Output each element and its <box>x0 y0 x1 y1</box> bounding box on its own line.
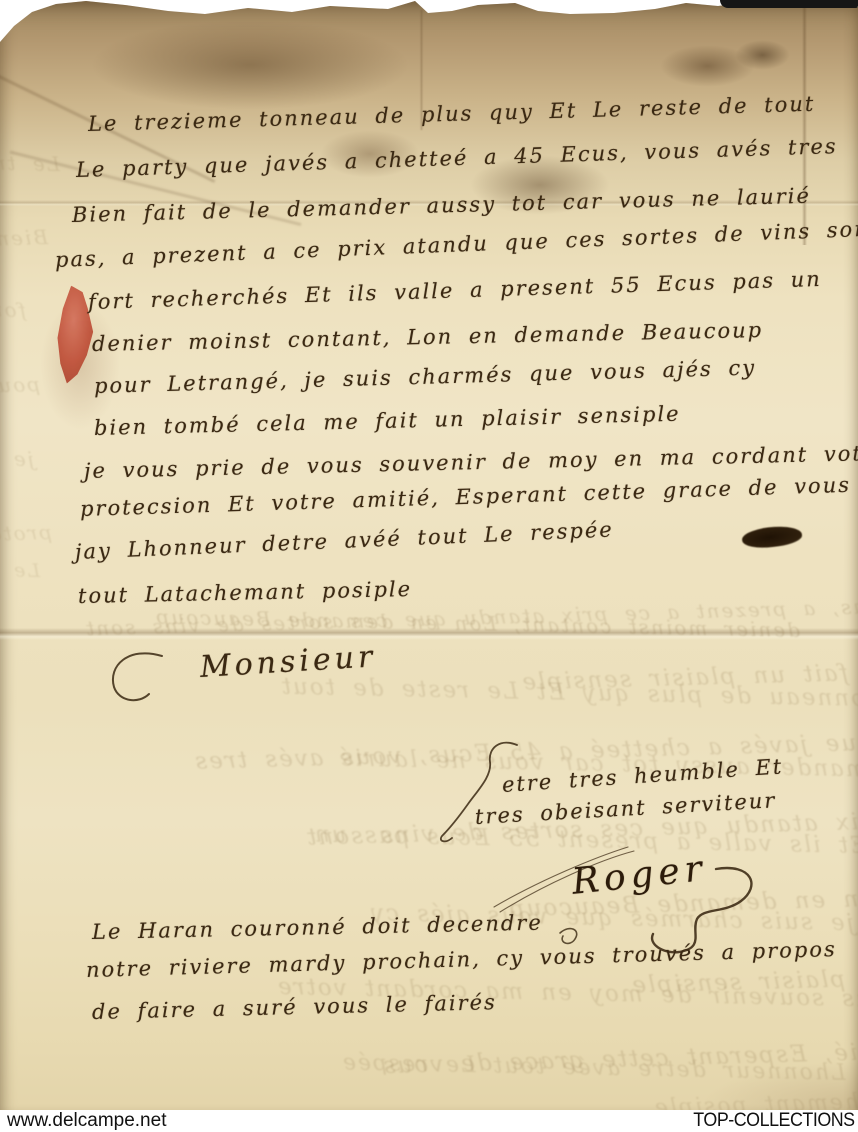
letter-line: tout Latachemant posiple <box>78 577 413 608</box>
letter-line: pour Letrangé, je suis charmés que vous … <box>94 356 757 398</box>
bleed-through-text: Le trezieme tonneau de plus quy Et Le re… <box>0 137 60 176</box>
bleed-through-text: Bien fait de le demander aussy tot car v… <box>0 225 48 269</box>
watermark-top-collections: TOP-COLLECTIONS <box>694 1110 855 1132</box>
fold-crease <box>0 628 858 640</box>
letter-line: denier moinst contant, Lon en demande Be… <box>92 318 764 356</box>
letter-line: bien tombé cela me fait un plaisir sensi… <box>94 402 681 440</box>
bleed-through-text: pour Letrangé, je suis charmés que vous … <box>0 372 40 414</box>
watermark-delcampe: www.delcampe.net <box>7 1110 166 1132</box>
scanned-letter-page: Le trezieme tonneau de plus quy Et Le re… <box>0 0 858 1132</box>
ink-scribble <box>741 523 803 550</box>
letter-line: pas, a prezent a ce prix atandu que ces … <box>55 216 858 272</box>
letter-line: Le party que javés a chetteé a 45 Ecus, … <box>76 134 838 182</box>
bleed-through-text: Le trezieme tonneau de plus quy Et Le re… <box>279 674 858 716</box>
greeting-flourish <box>113 653 162 700</box>
postscript-line: Le Haran couronné doit decendre <box>92 911 543 944</box>
bleed-through-text: fort recherchés Et ils valle a present 5… <box>0 283 26 322</box>
bleed-through-text: jay Lhonneur detre avéé tout Le respée <box>341 1050 858 1087</box>
postscript-tail-flourish <box>560 929 577 944</box>
letter-line: Le trezieme tonneau de plus quy Et Le re… <box>88 92 816 136</box>
bleed-through-text: Le party que javés a chetteé a 45 Ecus, … <box>0 545 40 582</box>
bleed-through-text: protecsion Et votre amitié, Esperant cet… <box>381 1030 858 1079</box>
letter-line: Bien fait de le demander aussy tot car v… <box>72 184 811 227</box>
postscript-line: notre riviere mardy prochain, cy vous tr… <box>86 937 837 982</box>
postscript-line: de faire a suré vous le fairés <box>92 990 497 1024</box>
scan-edge-artifact <box>720 0 858 8</box>
signature: Roger <box>570 848 709 903</box>
watermark-bar: www.delcampe.net TOP-COLLECTIONS <box>0 1110 858 1132</box>
bleed-through-text: protecsion Et votre amitié, Esperant cet… <box>0 520 52 565</box>
letter-line: jay Lhonneur detre avéé tout Le respée <box>74 517 614 564</box>
bleed-through-text: bien tombé cela me fait un plaisir sensi… <box>520 652 858 696</box>
fold-crease <box>802 0 807 245</box>
bleed-through-text: denier moinst contant, Lon en demande Be… <box>154 604 800 642</box>
bleed-through-text: fort recherchés Et ils valle a present 5… <box>313 822 858 864</box>
letter-greeting: Monsieur <box>199 639 377 685</box>
letter-line: fort recherchés Et ils valle a present 5… <box>88 267 822 314</box>
bleed-through-text: je vous prie de vous souvenir de moy en … <box>0 431 34 471</box>
letter-paper: Le trezieme tonneau de plus quy Et Le re… <box>0 0 858 1112</box>
